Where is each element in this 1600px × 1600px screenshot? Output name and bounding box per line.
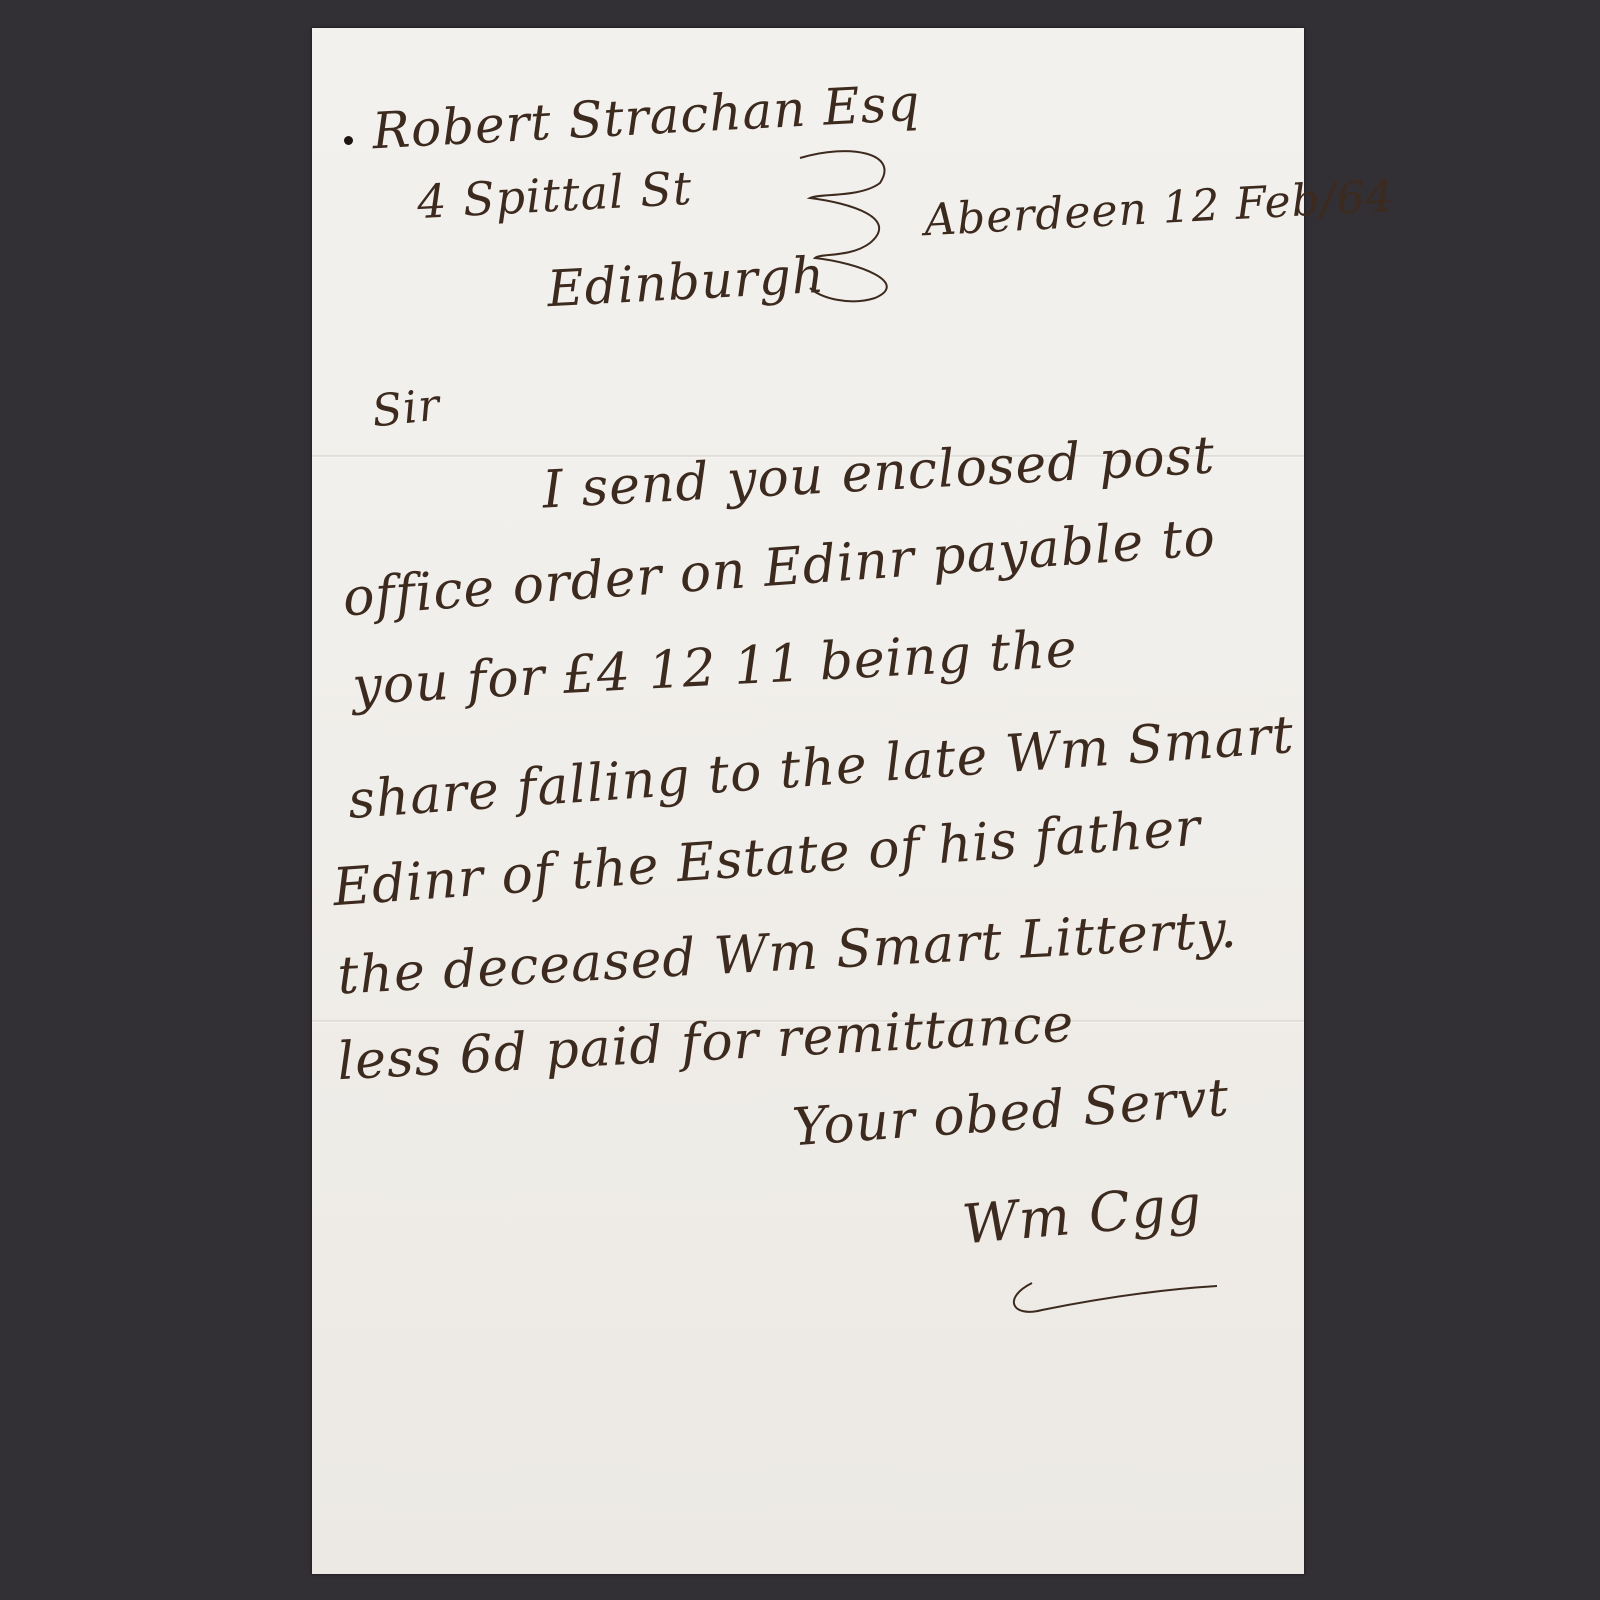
place-and-date: Aberdeen 12 Feb/64 [923,171,1396,247]
scan-background: Robert Strachan Esq 4 Spittal St Edinbur… [0,0,1600,1600]
body-line: I send you enclosed post [541,425,1217,520]
salutation: Sir [370,380,443,438]
signature-flourish-icon [1002,1278,1222,1318]
address-line-city: Edinburgh [546,246,827,318]
body-line: less 6d paid for remittance [336,994,1076,1093]
body-line: you for £4 12 11 being the [351,619,1079,717]
closing: Your obed Servt [790,1068,1231,1158]
body-line: the deceased Wm Smart Litterty. [336,899,1239,1006]
address-line-street: 4 Spittal St [416,161,694,229]
address-flourish-icon [790,138,910,308]
body-line: office order on Edinr payable to [341,508,1218,629]
letter-sheet: Robert Strachan Esq 4 Spittal St Edinbur… [312,28,1304,1574]
ink-blot [344,136,353,145]
signature: Wm Cgg [960,1173,1205,1257]
